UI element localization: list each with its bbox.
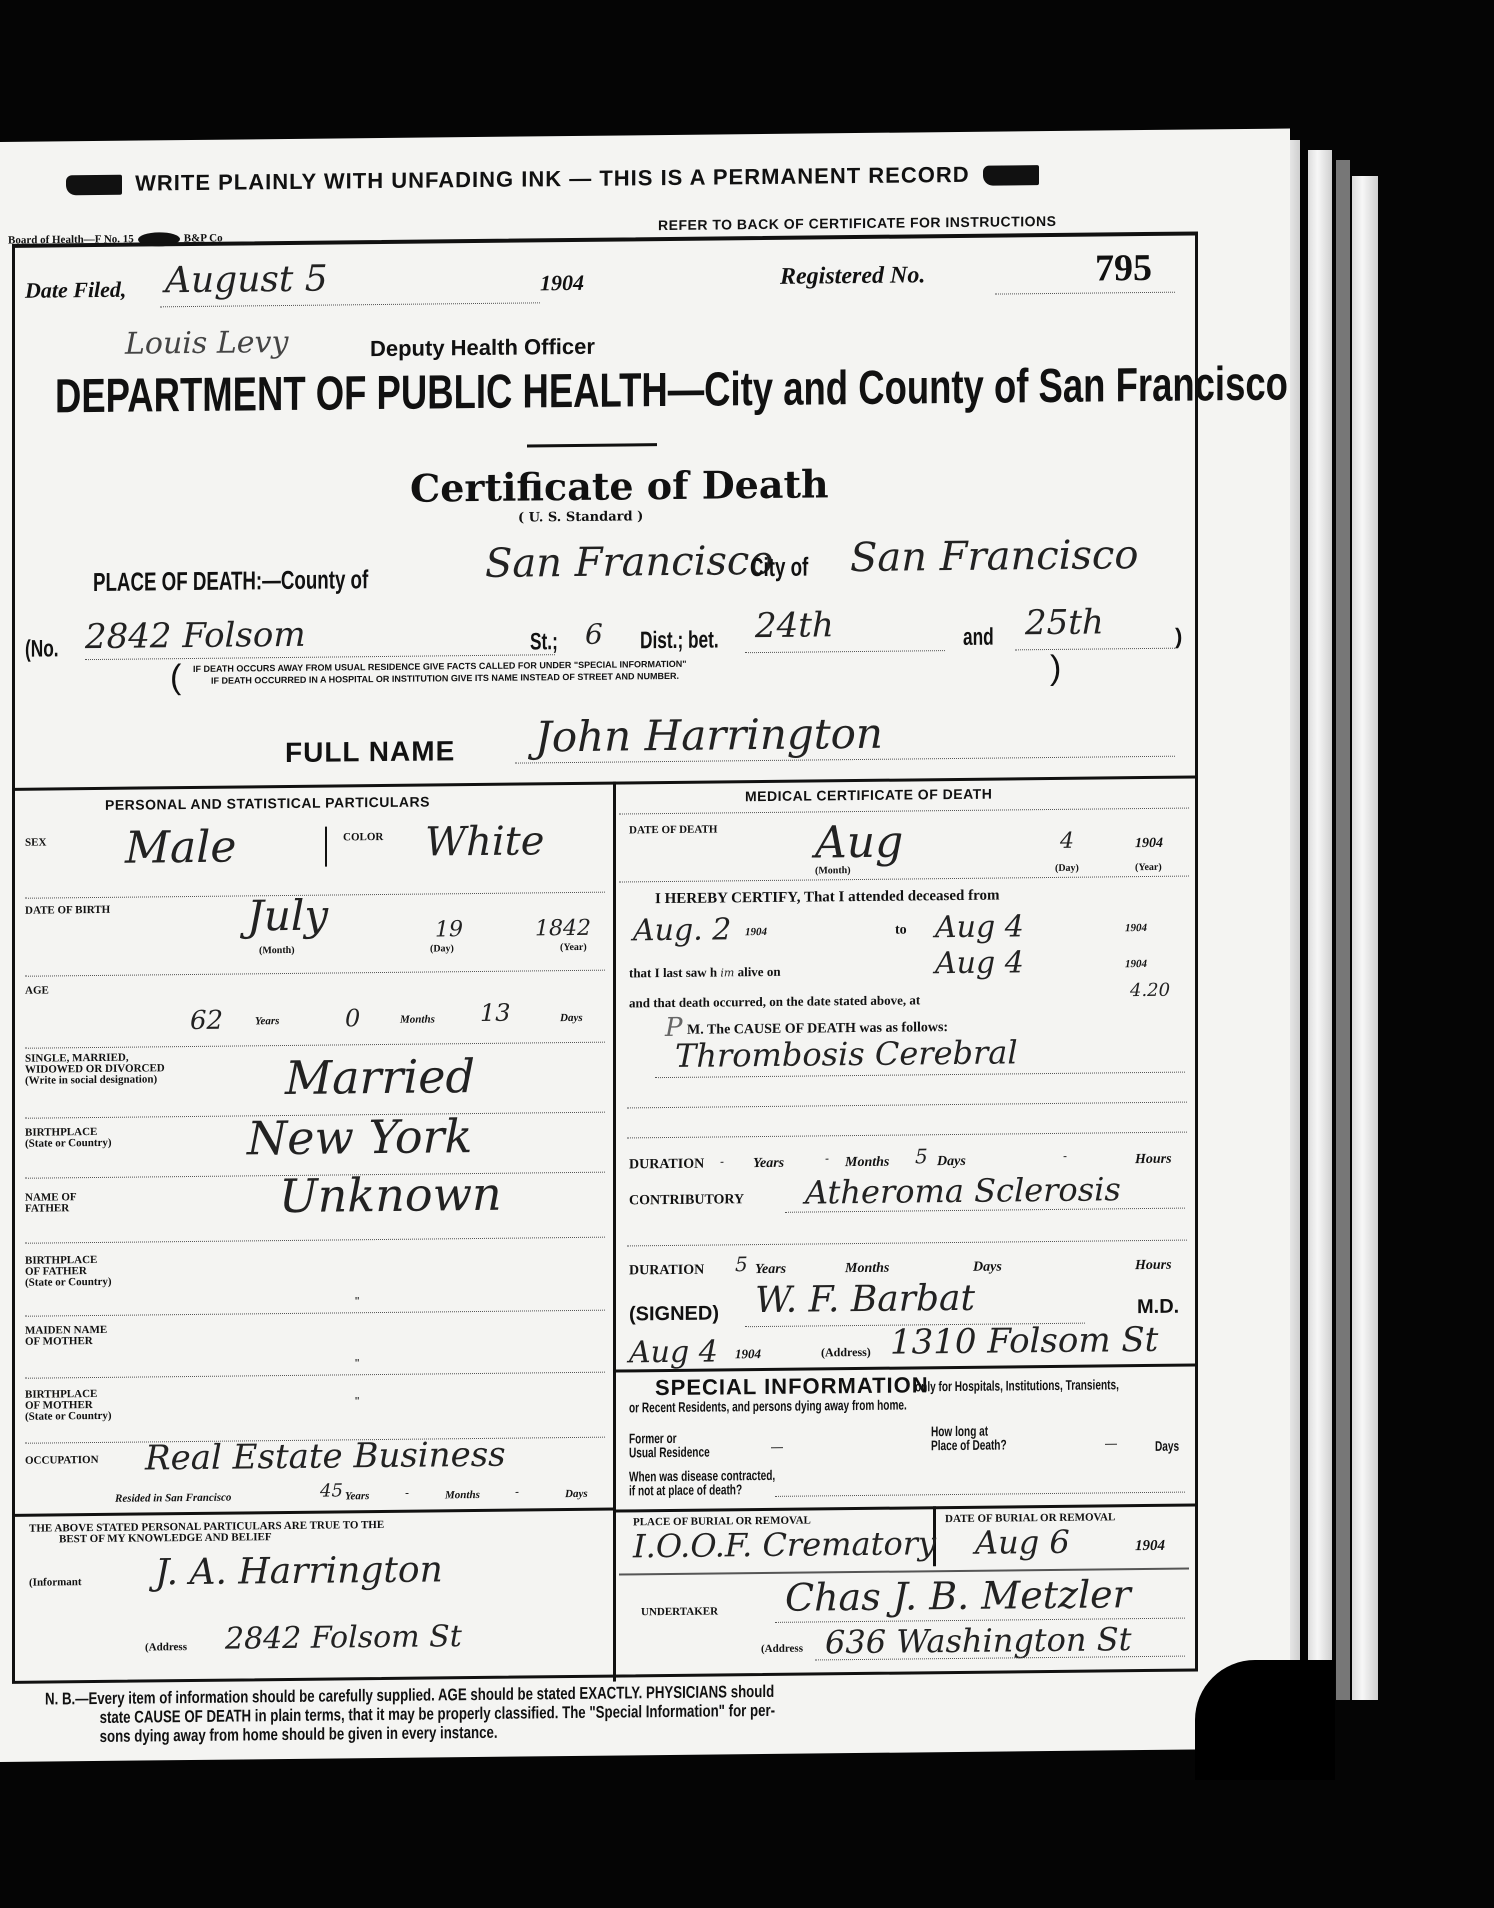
city-value: San Francisco (850, 532, 1138, 581)
attended-from-value: Aug. 2 (633, 912, 731, 948)
informant-attestation: THE ABOVE STATED PERSONAL PARTICULARS AR… (29, 1520, 384, 1546)
resided-label: Resided in San Francisco (115, 1492, 231, 1505)
father-birthplace-value: " (355, 1294, 359, 1308)
residence-note-2: IF DEATH OCCURRED IN A HOSPITAL OR INSTI… (211, 671, 679, 686)
sex-label: SEX (25, 838, 46, 849)
full-name-value: John Harrington (535, 709, 883, 762)
last-saw-label: that I last saw h im alive on (629, 964, 781, 982)
physician-signature: W. F. Barbat (755, 1278, 975, 1321)
dod-year-value: 1904 (1135, 836, 1163, 852)
occupation-value: Real Estate Business (145, 1435, 506, 1479)
mother-maiden-name-value: " (355, 1356, 359, 1370)
undertaker-label: UNDERTAKER (641, 1606, 718, 1618)
color-value: White (425, 818, 544, 865)
contributory-value: Atheroma Sclerosis (805, 1170, 1121, 1211)
father-name-value: Unknown (279, 1167, 502, 1223)
last-saw-date-value: Aug 4 (935, 945, 1024, 981)
date-filed-label: Date Filed, (25, 277, 126, 304)
date-filed-value: August 5 (165, 259, 328, 302)
district-value: 6 (585, 618, 603, 651)
undertaker-address-label: (Address (761, 1644, 803, 1655)
city-label: City of (750, 552, 808, 584)
disease-contracted-label: When was disease contracted,if not at pl… (629, 1468, 775, 1498)
death-occurred-text: and that death occurred, on the date sta… (629, 992, 920, 1011)
certificate-title: Certificate of Death (410, 461, 829, 510)
us-standard-label: ( U. S. Standard ) (518, 509, 643, 525)
physician-address-value: 1310 Folsom St (890, 1320, 1158, 1363)
street-no-label: (No. (25, 635, 59, 663)
death-certificate-page: WRITE PLAINLY WITH UNFADING INK — THIS I… (0, 128, 1290, 1762)
date-of-death-label: DATE OF DEATH (629, 824, 717, 836)
street-suffix-label: St.; (530, 628, 558, 656)
occupation-label: OCCUPATION (25, 1455, 99, 1467)
sex-value: Male (125, 822, 236, 874)
physician-address-label: (Address) (821, 1347, 871, 1359)
contributory-label: CONTRIBUTORY (629, 1192, 744, 1209)
registered-no-label: Registered No. (780, 262, 925, 291)
mother-maiden-name-label: MAIDEN NAMEOF MOTHER (25, 1325, 107, 1348)
personal-section-title: PERSONAL AND STATISTICAL PARTICULARS (105, 793, 430, 812)
burial-place-value: I.O.O.F. Crematory (633, 1524, 936, 1565)
marital-label: SINGLE, MARRIED,WIDOWED OR DIVORCED(Writ… (25, 1052, 165, 1086)
date-of-birth-label: DATE OF BIRTH (25, 905, 110, 917)
dob-year-value: 1842 (535, 916, 591, 942)
duration-label: DURATION (629, 1157, 704, 1174)
age-days-value: 13 (480, 999, 511, 1027)
birthplace-value: New York (247, 1109, 472, 1165)
burial-date-year: 1904 (1135, 1538, 1165, 1555)
pointing-hand-icon (66, 175, 122, 196)
age-years-value: 62 (190, 1006, 223, 1036)
informant-address-label: (Address (145, 1642, 187, 1653)
dob-month-value: July (247, 891, 328, 941)
district-between-label: Dist.; bet. (640, 626, 719, 655)
health-officer-title: Deputy Health Officer (370, 334, 595, 362)
certificate-frame: Date Filed, August 5 1904 Registered No.… (12, 231, 1198, 1683)
duration2-years-value: 5 (735, 1252, 748, 1276)
certify-text: I HEREBY CERTIFY, That I attended deceas… (655, 888, 1000, 909)
md-label: M.D. (1137, 1296, 1179, 1319)
age-label: AGE (25, 985, 49, 996)
between-street-1: 24th (755, 605, 834, 646)
father-name-label: NAME OFFATHER (25, 1192, 77, 1215)
signed-date-value: Aug 4 (629, 1334, 718, 1370)
medical-section-title: MEDICAL CERTIFICATE OF DEATH (745, 786, 992, 805)
place-of-death-label: PLACE OF DEATH:—County of (93, 564, 368, 598)
health-officer-signature: Louis Levy (125, 325, 288, 362)
mother-birthplace-value: " (355, 1394, 359, 1408)
full-name-label: FULL NAME (285, 735, 455, 769)
how-long-value: — (1105, 1436, 1117, 1450)
dob-day-value: 19 (435, 917, 463, 942)
dod-month-value: Aug (815, 817, 903, 869)
scan-shadow (1195, 1660, 1335, 1780)
undertaker-address-value: 636 Washington St (825, 1620, 1131, 1661)
time-of-death-value: 4.20 (1130, 980, 1170, 1001)
street-address-value: 2842 Folsom (85, 615, 306, 657)
signed-label: (SIGNED) (629, 1302, 719, 1326)
burial-date-value: Aug 6 (975, 1523, 1070, 1562)
date-filed-year: 1904 (540, 270, 584, 296)
undertaker-value: Chas J. B. Metzler (785, 1572, 1131, 1620)
marital-value: Married (285, 1049, 475, 1105)
duration2-label: DURATION (629, 1263, 704, 1280)
duration-days-value: 5 (915, 1144, 928, 1168)
between-street-2: 25th (1025, 602, 1104, 643)
informant-value: J. A. Harrington (155, 1549, 443, 1593)
father-birthplace-label: BIRTHPLACEOF FATHER(State or Country) (25, 1255, 112, 1289)
resided-years-value: 45 (320, 1480, 343, 1501)
department-title: DEPARTMENT OF PUBLIC HEALTH—City and Cou… (55, 357, 1288, 425)
former-residence-label: Former orUsual Residence (629, 1431, 710, 1460)
former-residence-value: — (771, 1440, 783, 1454)
dod-day-value: 4 (1060, 829, 1074, 854)
informant-address-value: 2842 Folsom St (225, 1619, 462, 1656)
footnote: N. B.—Every item of information should b… (45, 1682, 775, 1747)
informant-label: (Informant (29, 1577, 82, 1589)
color-label: COLOR (343, 832, 383, 843)
how-long-label: How long atPlace of Death? (931, 1423, 1007, 1452)
refer-instructions: REFER TO BACK OF CERTIFICATE FOR INSTRUC… (658, 213, 1056, 233)
cause-of-death-value: Thrombosis Cerebral (675, 1033, 1018, 1075)
attended-to-value: Aug 4 (935, 909, 1024, 945)
permanent-record-banner: WRITE PLAINLY WITH UNFADING INK — THIS I… (60, 161, 1045, 197)
birthplace-label: BIRTHPLACE(State or Country) (25, 1127, 112, 1150)
age-months-value: 0 (345, 1004, 360, 1032)
pointing-hand-icon (983, 165, 1039, 186)
close-paren: ) (1175, 624, 1182, 650)
mother-birthplace-label: BIRTHPLACEOF MOTHER(State or Country) (25, 1389, 112, 1423)
registered-no-value: 795 (1095, 246, 1152, 291)
and-label: and (963, 624, 994, 652)
county-value: San Francisco (485, 538, 773, 587)
